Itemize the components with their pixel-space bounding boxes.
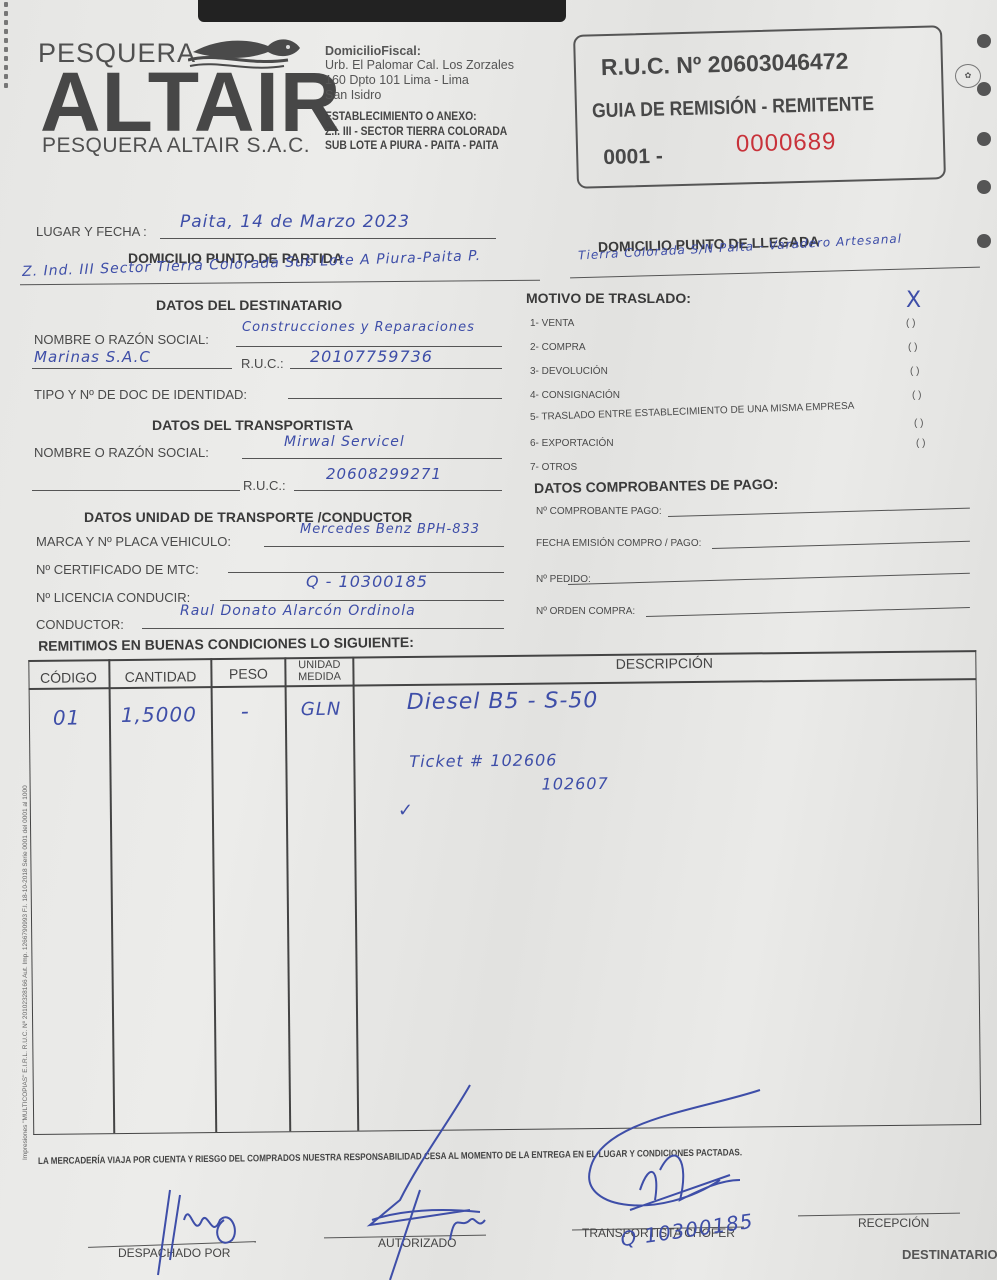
trans-nombre-value: Mirwal Servicel [284, 434, 405, 450]
anexo-line: SUB LOTE A PIURA - PAITA - PAITA [325, 140, 499, 152]
motivo-item-label: 5- TRASLADO ENTRE ESTABLECIMIENTO DE UNA… [530, 401, 855, 423]
motivo-x-mark: X [906, 288, 921, 313]
check-mark-icon: ✓ [398, 800, 414, 821]
col-peso: PESO [212, 665, 284, 682]
motivo-item-label: 7- OTROS [530, 462, 577, 473]
col-unidad: UNIDAD [286, 660, 352, 672]
left-perforation [4, 2, 10, 92]
trans-ruc-value: 20608299271 [326, 465, 442, 483]
comprobante-label: Nº ORDEN COMPRA: [536, 606, 635, 617]
motivo-heading: MOTIVO DE TRASLADO: [526, 290, 691, 306]
lugar-fecha-label: LUGAR Y FECHA : [36, 224, 147, 239]
comprobante-field[interactable] [668, 508, 970, 517]
licencia-label: Nº LICENCIA CONDUCIR: [36, 590, 190, 605]
marca-value: Mercedes Benz BPH-833 [300, 522, 480, 537]
conductor-label: CONDUCTOR: [36, 617, 124, 632]
comprobantes-heading: DATOS COMPROBANTES DE PAGO: [534, 476, 778, 496]
row-peso: - [241, 700, 250, 725]
dest-ruc-label: R.U.C.: [241, 356, 284, 371]
comprobante-field[interactable] [646, 607, 970, 617]
conductor-value: Raul Donato Alarcón Ordinola [180, 603, 416, 619]
ticket-line-2: 102607 [542, 774, 609, 794]
signature-despachado-icon [150, 1180, 270, 1280]
ticket-line-1: Ticket # 102606 [409, 750, 557, 771]
destinatario-heading: DATOS DEL DESTINATARIO [156, 297, 342, 313]
signature-transportista-icon [580, 1080, 780, 1240]
ruc-box: R.U.C. Nº 20603046472 GUIA DE REMISIÓN -… [573, 25, 946, 189]
motivo-checkbox[interactable]: ( ) [906, 318, 915, 329]
mtc-label: Nº CERTIFICADO DE MTC: [36, 562, 199, 577]
motivo-checkbox[interactable]: ( ) [910, 366, 919, 377]
col-codigo: CÓDIGO [28, 669, 108, 686]
comprobante-label: FECHA EMISIÓN COMPRO / PAGO: [536, 538, 701, 549]
dest-nombre-value-2: Marinas S.A.C [34, 348, 151, 366]
fiscal-line: Urb. El Palomar Cal. Los Zorzales [325, 58, 514, 72]
motivo-checkbox[interactable]: ( ) [914, 418, 923, 429]
trans-nombre-label: NOMBRE O RAZÓN SOCIAL: [34, 445, 209, 460]
dest-ruc-value: 20107759736 [310, 347, 433, 366]
document-serie: 0001 - [603, 145, 663, 171]
motivo-item-label: 3- DEVOLUCIÓN [530, 366, 608, 377]
col-medida: MEDIDA [286, 672, 352, 684]
motivo-checkbox[interactable]: ( ) [912, 390, 921, 401]
recepcion-label: RECEPCIÓN [858, 1216, 929, 1230]
motivo-item-label: 1- VENTA [530, 318, 574, 329]
fiscal-line: San Isidro [325, 88, 381, 102]
col-cantidad: CANTIDAD [110, 668, 210, 685]
trans-ruc-label: R.U.C.: [243, 478, 286, 493]
dest-nombre-value: Construcciones y Reparaciones [242, 320, 475, 335]
motivo-item-label: 2- COMPRA [530, 342, 586, 353]
company-name: PESQUERA ALTAIR S.A.C. [42, 134, 310, 158]
fiscal-line: 160 Dpto 101 Lima - Lima [325, 73, 469, 87]
ruc-number: R.U.C. Nº 20603046472 [601, 48, 849, 81]
document-title: GUIA DE REMISIÓN - REMITENTE [592, 93, 874, 123]
comprobante-field[interactable] [568, 573, 970, 585]
comprobante-label: Nº COMPROBANTE PAGO: [536, 506, 662, 517]
guia-remision-document: ✿ PESQUERA ALTAIR PESQUERA ALTAIR S.A.C.… [0, 0, 997, 1280]
fiscal-label: DomicilioFiscal: [325, 44, 421, 58]
document-number: 0000689 [736, 128, 837, 159]
destinatario-label: DESTINATARIO [902, 1247, 997, 1262]
logo-altair: ALTAIR [40, 60, 341, 144]
motivo-checkbox[interactable]: ( ) [916, 438, 925, 449]
row-descripcion: Diesel B5 - S-50 [407, 688, 599, 715]
comprobante-field[interactable] [712, 541, 970, 549]
anexo-line: Z.I. III - SECTOR TIERRA COLORADA [325, 126, 507, 138]
motivo-item-label: 6- EXPORTACIÓN [530, 438, 614, 449]
transportista-heading: DATOS DEL TRANSPORTISTA [152, 417, 353, 433]
dest-doc-label: TIPO Y Nº DE DOC DE IDENTIDAD: [34, 387, 247, 402]
motivo-item-label: 4- CONSIGNACIÓN [530, 390, 620, 401]
licencia-value: Q - 10300185 [306, 572, 428, 591]
row-codigo: 01 [53, 705, 81, 729]
anexo-label: ESTABLECIMIENTO O ANEXO: [325, 111, 477, 123]
dest-nombre-label: NOMBRE O RAZÓN SOCIAL: [34, 332, 209, 347]
clipboard-clip [198, 0, 566, 22]
items-heading: REMITIMOS EN BUENAS CONDICIONES LO SIGUI… [38, 634, 414, 654]
signature-autorizado-icon [360, 1080, 510, 1280]
lugar-fecha-value: Paita, 14 de Marzo 2023 [180, 212, 410, 232]
printer-note: Impresiones "MULTICOPIAS" E.I.R.L. R.U.C… [22, 785, 29, 1160]
motivo-checkbox[interactable]: ( ) [908, 342, 917, 353]
row-cantidad: 1,5000 [121, 702, 197, 727]
marca-label: MARCA Y Nº PLACA VEHICULO: [36, 534, 231, 549]
row-unidad: GLN [301, 699, 342, 720]
